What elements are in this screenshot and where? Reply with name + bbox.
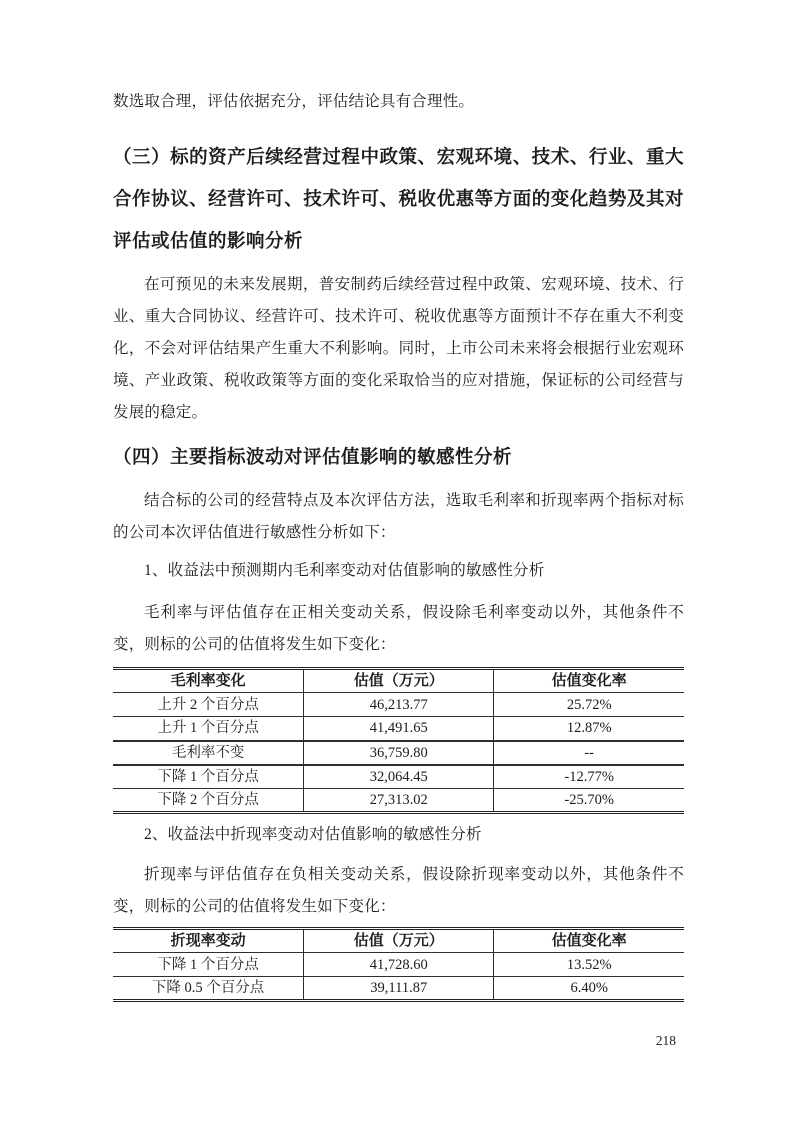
table-cell: 下降 1 个百分点 — [113, 953, 304, 977]
table-row: 下降 1 个百分点 41,728.60 13.52% — [113, 953, 684, 977]
item-2-title: 2、收益法中折现率变动对估值影响的敏感性分析 — [113, 819, 684, 851]
table-row: 下降 1 个百分点 32,064.45 -12.77% — [113, 765, 684, 789]
table-cell: 32,064.45 — [304, 765, 494, 789]
section-4-intro-paragraph: 结合标的公司的经营特点及本次评估方法，选取毛利率和折现率两个指标对标的公司本次评… — [113, 485, 684, 549]
table-cell: 27,313.02 — [304, 789, 494, 813]
page-number: 218 — [656, 1032, 676, 1050]
table-cell: 41,728.60 — [304, 953, 494, 977]
table-cell: 46,213.77 — [304, 693, 494, 717]
table-header-row: 毛利率变化 估值（万元） 估值变化率 — [113, 669, 684, 693]
table-header-cell: 估值变化率 — [494, 929, 684, 953]
table-header-cell: 毛利率变化 — [113, 669, 304, 693]
item-1-title: 1、收益法中预测期内毛利率变动对估值影响的敏感性分析 — [113, 555, 684, 587]
table-cell: 25.72% — [494, 693, 684, 717]
table-cell: 下降 1 个百分点 — [113, 765, 304, 789]
table-header-row: 折现率变动 估值（万元） 估值变化率 — [113, 929, 684, 953]
table-cell: 上升 2 个百分点 — [113, 693, 304, 717]
gross-margin-sensitivity-table: 毛利率变化 估值（万元） 估值变化率 上升 2 个百分点 46,213.77 2… — [113, 667, 684, 814]
table-row: 上升 1 个百分点 41,491.65 12.87% — [113, 717, 684, 741]
table-row: 上升 2 个百分点 46,213.77 25.72% — [113, 693, 684, 717]
table-cell: 毛利率不变 — [113, 741, 304, 765]
table-cell: 36,759.80 — [304, 741, 494, 765]
table-cell: 6.40% — [494, 977, 684, 1001]
table-cell: 39,111.87 — [304, 977, 494, 1001]
table-cell: 下降 2 个百分点 — [113, 789, 304, 813]
discount-rate-sensitivity-table: 折现率变动 估值（万元） 估值变化率 下降 1 个百分点 41,728.60 1… — [113, 927, 684, 1002]
section-3-paragraph: 在可预见的未来发展期，普安制药后续经营过程中政策、宏观环境、技术、行业、重大合同… — [113, 269, 684, 429]
section-3-heading: （三）标的资产后续经营过程中政策、宏观环境、技术、行业、重大合作协议、经营许可、… — [113, 136, 684, 262]
table-header-cell: 折现率变动 — [113, 929, 304, 953]
table-header-cell: 估值（万元） — [304, 929, 494, 953]
table-header-cell: 估值变化率 — [494, 669, 684, 693]
continuation-paragraph: 数选取合理，评估依据充分，评估结论具有合理性。 — [113, 86, 684, 118]
page-content: 数选取合理，评估依据充分，评估结论具有合理性。 （三）标的资产后续经营过程中政策… — [0, 0, 793, 1002]
section-4-heading: （四）主要指标波动对评估值影响的敏感性分析 — [113, 436, 684, 478]
table-cell: -25.70% — [494, 789, 684, 813]
table-row-base-case: 毛利率不变 36,759.80 -- — [113, 741, 684, 765]
table-cell: -12.77% — [494, 765, 684, 789]
table-row: 下降 2 个百分点 27,313.02 -25.70% — [113, 789, 684, 813]
table-cell: -- — [494, 741, 684, 765]
table-cell: 41,491.65 — [304, 717, 494, 741]
table-row: 下降 0.5 个百分点 39,111.87 6.40% — [113, 977, 684, 1001]
table-header-cell: 估值（万元） — [304, 669, 494, 693]
table-cell: 12.87% — [494, 717, 684, 741]
table-cell: 上升 1 个百分点 — [113, 717, 304, 741]
table-cell: 13.52% — [494, 953, 684, 977]
table-cell: 下降 0.5 个百分点 — [113, 977, 304, 1001]
item-2-paragraph: 折现率与评估值存在负相关变动关系，假设除折现率变动以外，其他条件不变，则标的公司… — [113, 859, 684, 923]
item-1-paragraph: 毛利率与评估值存在正相关变动关系，假设除毛利率变动以外，其他条件不变，则标的公司… — [113, 597, 684, 661]
document-page: 数选取合理，评估依据充分，评估结论具有合理性。 （三）标的资产后续经营过程中政策… — [0, 0, 793, 1122]
